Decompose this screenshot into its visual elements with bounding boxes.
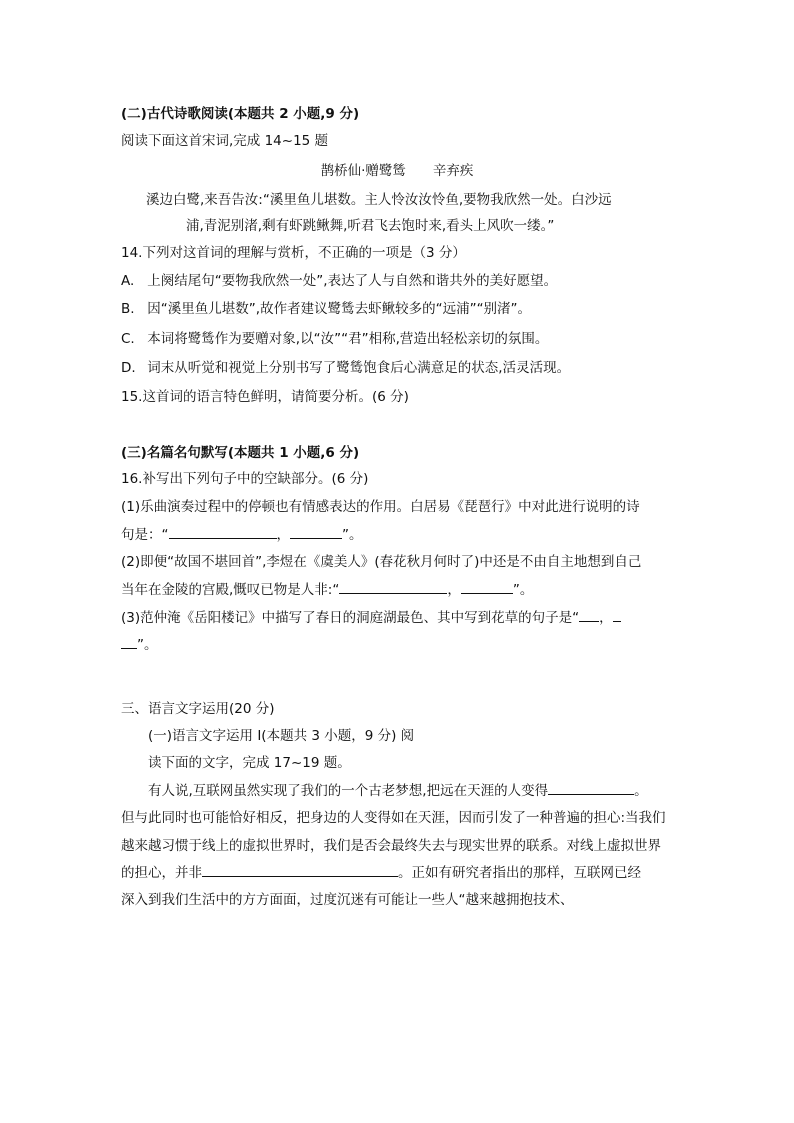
reading-instruction: 阅读下面这首宋词,完成 14~15 题 <box>121 132 328 150</box>
text: ， <box>599 610 613 626</box>
option-c[interactable]: C. 本词将鹭鸶作为要赠对象,以“汝”“君”相称,营造出轻松亲切的氛围。 <box>121 330 548 348</box>
text: 的担心，并非 <box>121 865 202 881</box>
option-text: 因“溪里鱼儿堪数”,故作者建议鹭鸶去虾鳅较多的“远浦”“别渚”。 <box>147 301 531 317</box>
question-16: 16.补写出下列句子中的空缺部分。(6 分) <box>121 470 368 488</box>
text: (3)范仲淹《岳阳楼记》中描写了春日的洞庭湖最色、其中写到花草的句子是“ <box>121 610 579 626</box>
text: ”。 <box>137 637 158 653</box>
item-3-continuation: ”。 <box>121 635 158 654</box>
option-letter: D. <box>121 359 143 377</box>
item-2-answer-line: 当年在金陵的宫殿,慨叹已物是人非:“，”。 <box>121 580 533 599</box>
option-letter: B. <box>121 300 143 318</box>
option-text: 本词将鹭鸶作为要赠对象,以“汝”“君”相称,营造出轻松亲切的氛围。 <box>147 331 548 347</box>
answer-blank[interactable] <box>202 863 398 877</box>
answer-blank[interactable] <box>548 781 634 795</box>
poem-title: 鹊桥仙·赠鹭鸶 辛弃疾 <box>0 162 794 180</box>
option-a[interactable]: A. 上阕结尾句“要物我欣然一处”,表达了人与自然和谐共外的美好愿望。 <box>121 272 557 290</box>
answer-blank[interactable] <box>290 525 342 539</box>
answer-blank[interactable] <box>579 608 599 622</box>
text: 有人说,互联网虽然实现了我们的一个古老梦想,把远在天涯的人变得 <box>148 783 548 799</box>
option-letter: C. <box>121 330 143 348</box>
item-1-text: (1)乐曲演奏过程中的停顿也有情感表达的作用。白居易《琵琶行》中对此进行说明的诗 <box>121 498 640 516</box>
part-heading: 三、语言文字运用(20 分) <box>121 700 275 718</box>
option-letter: A. <box>121 272 143 290</box>
item-2-text: (2)即便“故国不堪回首”,李煜在《虞美人》(春花秋月何时了)中还是不由自主地想… <box>121 553 641 571</box>
text: ”。 <box>513 582 534 598</box>
question-15: 15.这首词的语言特色鲜明，请简要分析。(6 分) <box>121 388 409 406</box>
poem-line: 溪边白鹭,来吾告汝:“溪里鱼儿堪数。主人怜汝汝怜鱼,要物我欣然一处。白沙远 <box>146 191 612 209</box>
text: 当年在金陵的宫殿,慨叹已物是人非:“ <box>121 582 339 598</box>
paragraph-line: 越来越习惯于线上的虚拟世界时，我们是否会最终失去与现实世界的联系。对线上虚拟世界 <box>121 837 661 855</box>
option-d[interactable]: D. 词末从听觉和视觉上分别书写了鹭鸶饱食后心满意足的状态,活灵活现。 <box>121 359 570 377</box>
text: 。 <box>634 783 648 799</box>
answer-blank[interactable] <box>339 580 447 594</box>
paragraph-line: 有人说,互联网虽然实现了我们的一个古老梦想,把远在天涯的人变得。 <box>148 781 648 800</box>
option-text: 词末从听觉和视觉上分别书写了鹭鸶饱食后心满意足的状态,活灵活现。 <box>147 360 570 376</box>
item-3-text: (3)范仲淹《岳阳楼记》中描写了春日的洞庭湖最色、其中写到花草的句子是“， <box>121 608 621 627</box>
sub-heading: (一)语言文字运用 I(本题共 3 小题，9 分) 阅 <box>148 727 414 745</box>
text: ， <box>277 527 291 543</box>
text: 句是：“ <box>121 527 169 543</box>
section-heading: (二)古代诗歌阅读(本题共 2 小题,9 分) <box>121 105 359 123</box>
text: 。正如有研究者指出的那样，互联网已经 <box>398 865 641 881</box>
paragraph-line: 但与此同时也可能恰好相反，把身边的人变得如在天涯，因而引发了一种普遍的担心:当我… <box>121 809 666 827</box>
answer-blank[interactable] <box>121 635 137 649</box>
poem-line: 浦,青泥别渚,剩有虾跳鳅舞,听君飞去饱时来,看头上风吹一缕。” <box>186 217 554 235</box>
paragraph-line: 深入到我们生活中的方方面面，过度沉迷有可能让一些人“越来越拥抱技术、 <box>121 891 574 909</box>
question-14: 14.下列对这首词的理解与赏析，不正确的一项是（3 分） <box>121 244 466 262</box>
text: ， <box>447 582 461 598</box>
section-heading: (三)名篇名句默写(本题共 1 小题,6 分) <box>121 444 359 462</box>
sub-instruction: 读下面的文字，完成 17~19 题。 <box>148 754 351 772</box>
paragraph-line: 的担心，并非。正如有研究者指出的那样，互联网已经 <box>121 863 641 882</box>
option-text: 上阕结尾句“要物我欣然一处”,表达了人与自然和谐共外的美好愿望。 <box>147 273 557 289</box>
text: ”。 <box>342 527 363 543</box>
option-b[interactable]: B. 因“溪里鱼儿堪数”,故作者建议鹭鸶去虾鳅较多的“远浦”“别渚”。 <box>121 300 531 318</box>
item-1-answer-line: 句是：“，”。 <box>121 525 363 544</box>
answer-blank[interactable] <box>169 525 277 539</box>
answer-blank[interactable] <box>613 608 621 622</box>
answer-blank[interactable] <box>461 580 513 594</box>
